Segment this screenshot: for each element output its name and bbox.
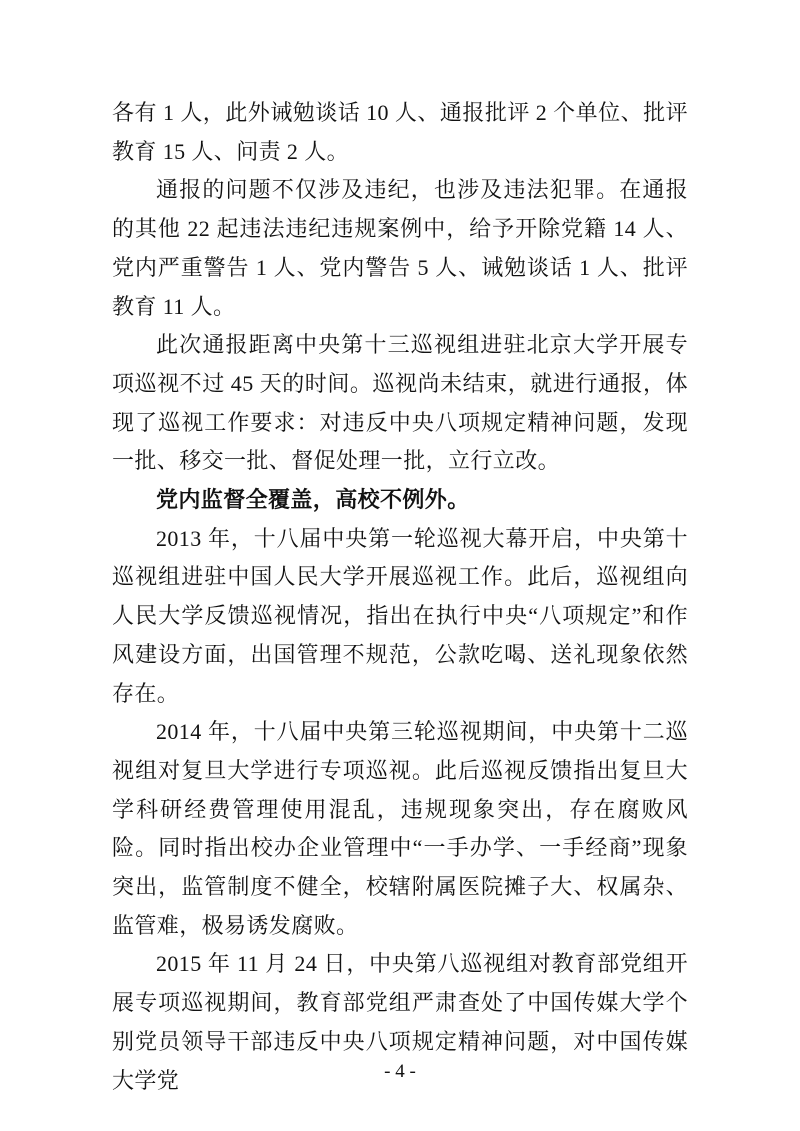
document-page: 各有 1 人，此外诫勉谈话 10 人、通报批评 2 个单位、批评教育 15 人、… [0, 0, 800, 1131]
paragraph-body: 此次通报距离中央第十三巡视组进驻北京大学开展专项巡视不过 45 天的时间。巡视尚… [112, 326, 688, 481]
paragraph-body: 2014 年，十八届中央第三轮巡视期间，中央第十二巡视组对复旦大学进行专项巡视。… [112, 713, 688, 945]
paragraph-continuation: 各有 1 人，此外诫勉谈话 10 人、通报批评 2 个单位、批评教育 15 人、… [112, 94, 688, 171]
paragraph-heading: 党内监督全覆盖，高校不例外。 [112, 481, 688, 520]
paragraph-body: 通报的问题不仅涉及违纪，也涉及违法犯罪。在通报的其他 22 起违法违纪违规案例中… [112, 171, 688, 326]
document-text-block: 各有 1 人，此外诫勉谈话 10 人、通报批评 2 个单位、批评教育 15 人、… [112, 94, 688, 1100]
paragraph-body: 2013 年，十八届中央第一轮巡视大幕开启，中央第十巡视组进驻中国人民大学开展巡… [112, 520, 688, 714]
page-number: - 4 - [0, 1060, 800, 1084]
